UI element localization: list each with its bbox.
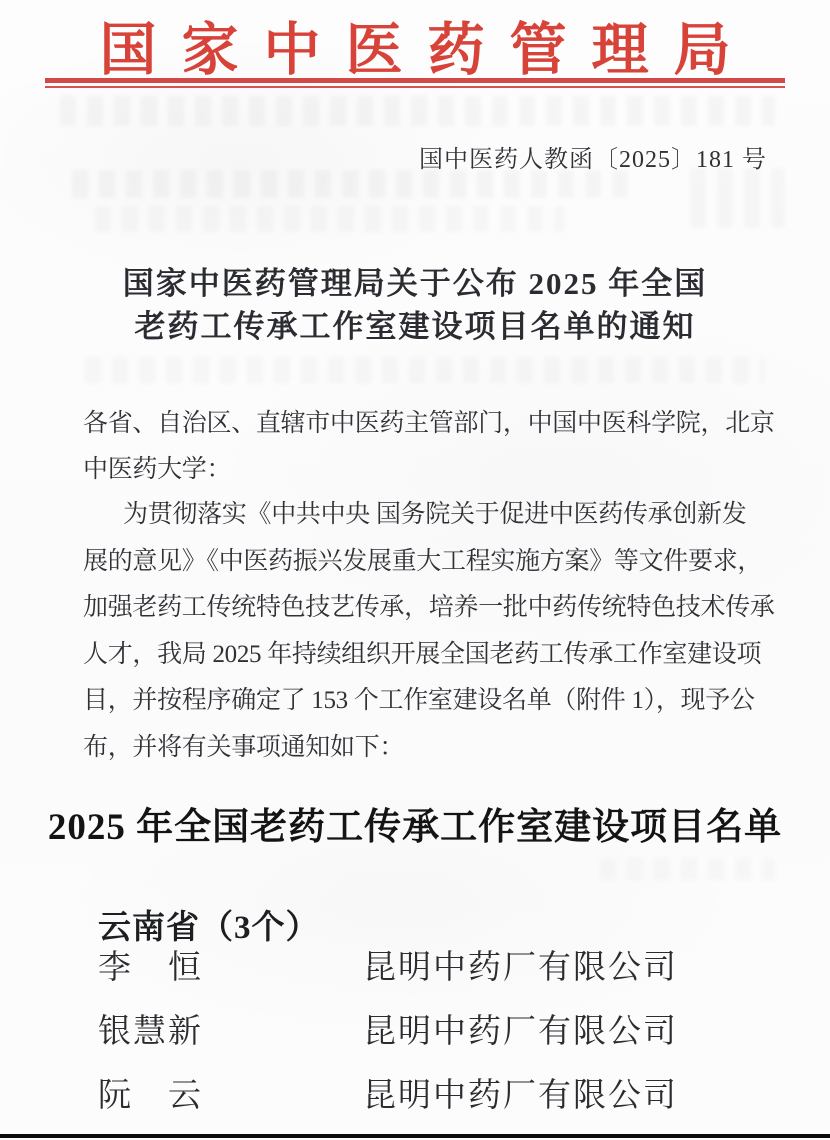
bleed-through-artifact bbox=[600, 858, 775, 880]
divider-thick-line bbox=[45, 78, 785, 83]
entry-person-name: 阮 云 bbox=[98, 1078, 363, 1114]
body-line2: 展的意见》《中医药振兴发展重大工程实施方案》等文件要求， bbox=[83, 539, 775, 586]
bleed-through-artifact bbox=[85, 357, 765, 383]
notice-title: 国家中医药管理局关于公布 2025 年全国 老药工传承工作室建设项目名单的通知 bbox=[0, 262, 830, 348]
entry-organization: 昆明中药厂有限公司 bbox=[363, 1078, 775, 1114]
body-line1: 为贯彻落实《中共中央 国务院关于促进中医药传承创新发 bbox=[83, 492, 775, 539]
bleed-through-artifact bbox=[60, 96, 775, 126]
salutation: 各省、自治区、直辖市中医药主管部门，中国中医科学院，北京 中医药大学： bbox=[83, 401, 775, 493]
notice-title-line1: 国家中医药管理局关于公布 2025 年全国 bbox=[0, 262, 830, 305]
document-reference-number: 国中医药人教函〔2025〕181 号 bbox=[419, 139, 767, 174]
list-item: 阮 云 昆明中药厂有限公司 bbox=[98, 1078, 775, 1114]
entry-organization: 昆明中药厂有限公司 bbox=[363, 950, 775, 986]
entry-person-name: 李 恒 bbox=[98, 950, 363, 986]
salutation-line1: 各省、自治区、直辖市中医药主管部门，中国中医科学院，北京 bbox=[83, 401, 775, 447]
body-paragraph: 为贯彻落实《中共中央 国务院关于促进中医药传承创新发 展的意见》《中医药振兴发展… bbox=[83, 492, 775, 771]
bleed-through-artifact bbox=[690, 168, 785, 228]
body-line3: 加强老药工传统特色技艺传承，培养一批中药传统特色技术传承 bbox=[83, 585, 775, 632]
divider-thin-line bbox=[45, 86, 785, 88]
entry-organization: 昆明中药厂有限公司 bbox=[363, 1014, 775, 1050]
bleed-through-artifact bbox=[95, 206, 565, 232]
document-page: 国家中医药管理局 国中医药人教函〔2025〕181 号 国家中医药管理局关于公布… bbox=[0, 0, 830, 1140]
body-line5: 目，并按程序确定了 153 个工作室建设名单（附件 1），现予公 bbox=[83, 678, 775, 725]
letterhead-org-name: 国家中医药管理局 bbox=[0, 4, 830, 86]
scan-bottom-edge bbox=[0, 1134, 830, 1138]
workstation-list: 李 恒 昆明中药厂有限公司 银慧新 昆明中药厂有限公司 阮 云 昆明中药厂有限公… bbox=[98, 950, 775, 1140]
notice-title-line2: 老药工传承工作室建设项目名单的通知 bbox=[0, 305, 830, 348]
salutation-line2: 中医药大学： bbox=[83, 447, 775, 493]
list-item: 李 恒 昆明中药厂有限公司 bbox=[98, 950, 775, 986]
entry-person-name: 银慧新 bbox=[98, 1014, 363, 1050]
province-section-heading: 云南省（3个） bbox=[98, 901, 320, 948]
letterhead-divider bbox=[45, 78, 785, 88]
bleed-through-artifact bbox=[72, 170, 632, 198]
list-item: 银慧新 昆明中药厂有限公司 bbox=[98, 1014, 775, 1050]
body-line4: 人才，我局 2025 年持续组织开展全国老药工传承工作室建设项 bbox=[83, 632, 775, 679]
attachment-list-heading: 2025 年全国老药工传承工作室建设项目名单 bbox=[0, 796, 830, 850]
body-line6: 布，并将有关事项通知如下： bbox=[83, 725, 775, 772]
